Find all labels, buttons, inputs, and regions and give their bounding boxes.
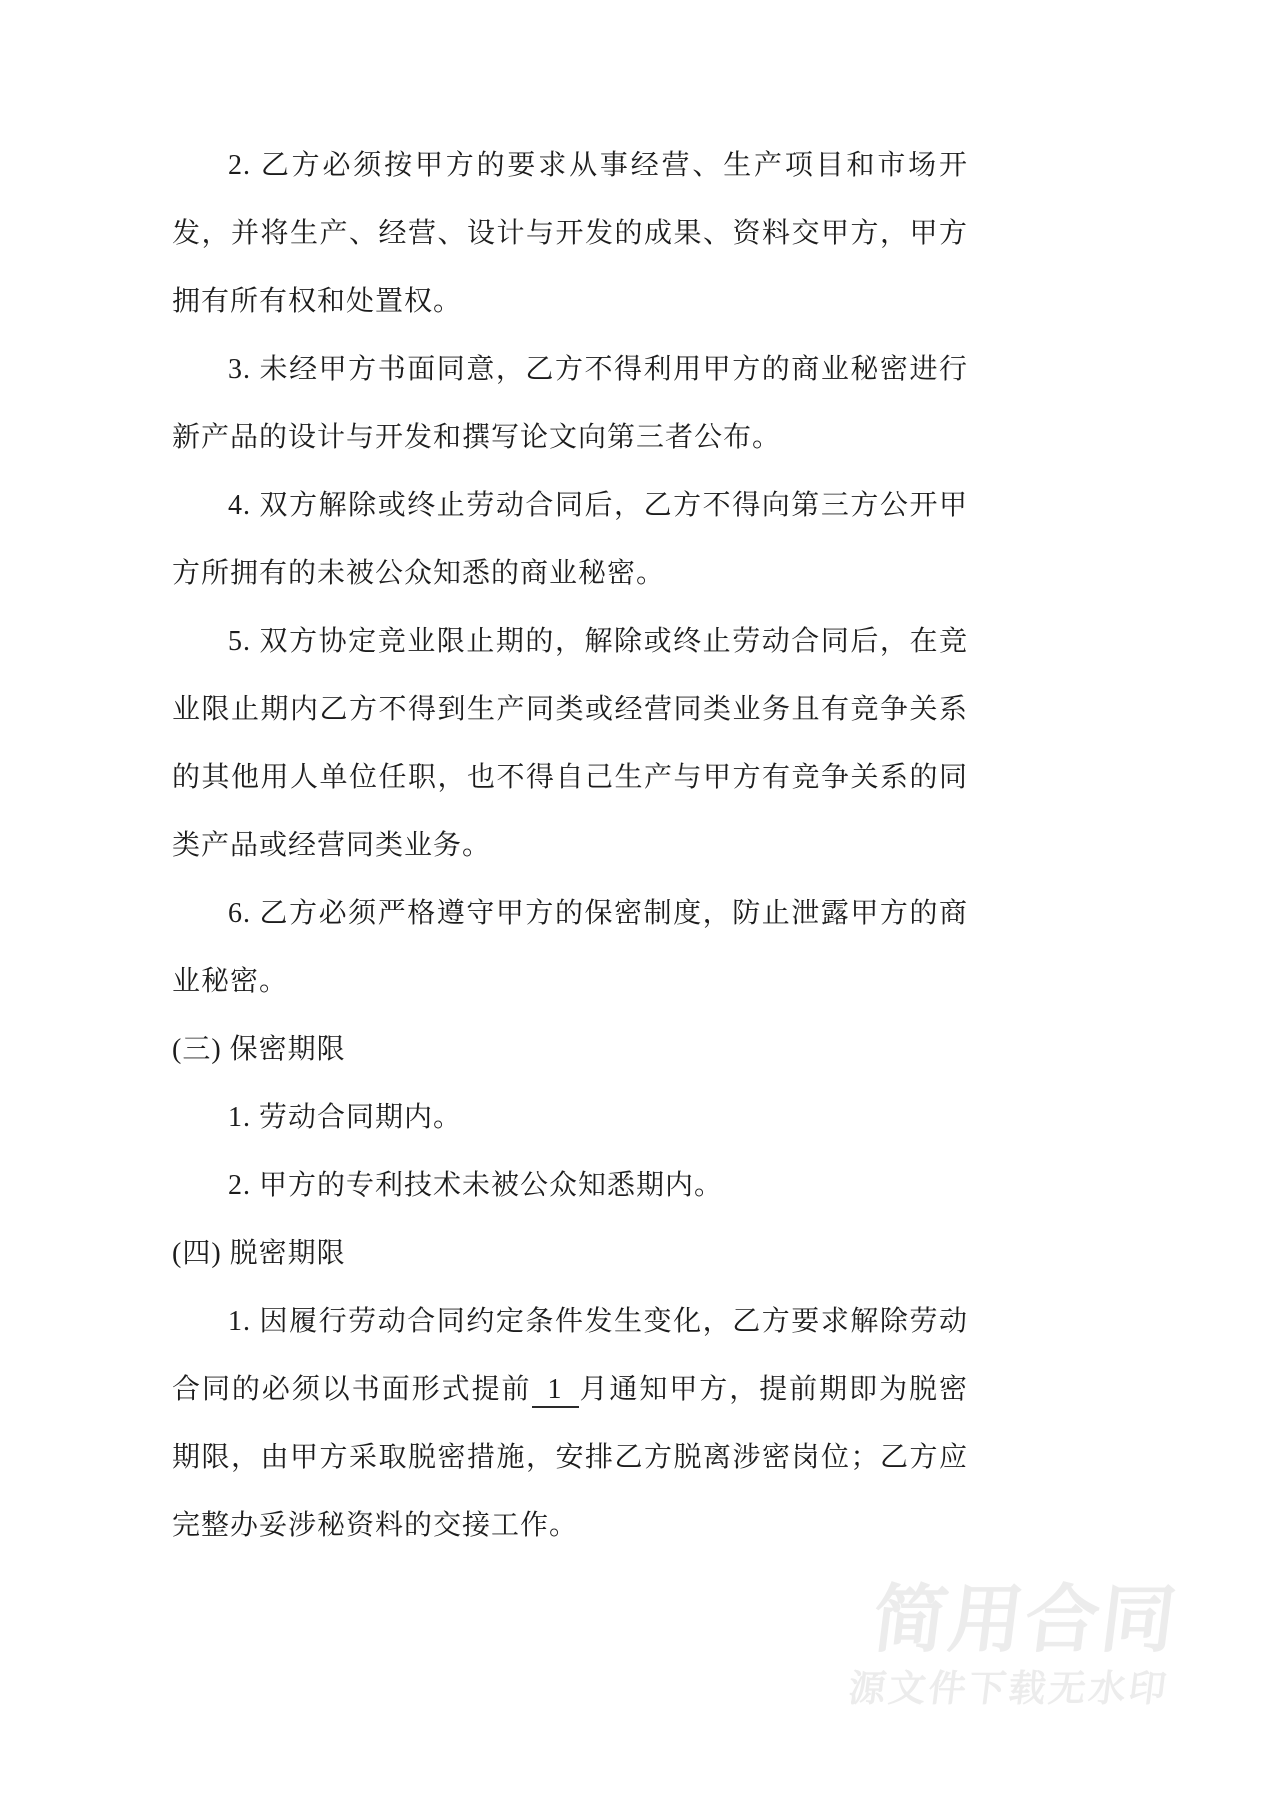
contract-body: 2. 乙方必须按甲方的要求从事经营、生产项目和市场开发，并将生产、经营、设计与开… [172, 132, 968, 1560]
contract-clause: 3. 未经甲方书面同意，乙方不得利用甲方的商业秘密进行新产品的设计与开发和撰写论… [172, 336, 968, 472]
contract-clause: 6. 乙方必须严格遵守甲方的保密制度，防止泄露甲方的商业秘密。 [172, 880, 968, 1016]
blank-underline-value: 1 [532, 1375, 579, 1408]
contract-clause: 5. 双方协定竞业限止期的，解除或终止劳动合同后，在竞业限止期内乙方不得到生产同… [172, 608, 968, 880]
contract-clause: 2. 甲方的专利技术未被公众知悉期内。 [172, 1152, 968, 1220]
watermark-brand-text: 简用合同 [853, 1583, 1182, 1657]
section-heading: (四) 脱密期限 [172, 1220, 968, 1288]
contract-clause: 1. 劳动合同期内。 [172, 1084, 968, 1152]
section-heading: (三) 保密期限 [172, 1016, 968, 1084]
contract-clause: 4. 双方解除或终止劳动合同后，乙方不得向第三方公开甲方所拥有的未被公众知悉的商… [172, 472, 968, 608]
contract-page: 2. 乙方必须按甲方的要求从事经营、生产项目和市场开发，并将生产、经营、设计与开… [0, 0, 1280, 1810]
watermark: 简用合同 源文件下载无水印 [846, 1583, 1181, 1709]
watermark-subtitle-text: 源文件下载无水印 [846, 1669, 1171, 1709]
contract-clause: 1. 因履行劳动合同约定条件发生变化，乙方要求解除劳动合同的必须以书面形式提前1… [172, 1288, 968, 1560]
contract-clause: 2. 乙方必须按甲方的要求从事经营、生产项目和市场开发，并将生产、经营、设计与开… [172, 132, 968, 336]
